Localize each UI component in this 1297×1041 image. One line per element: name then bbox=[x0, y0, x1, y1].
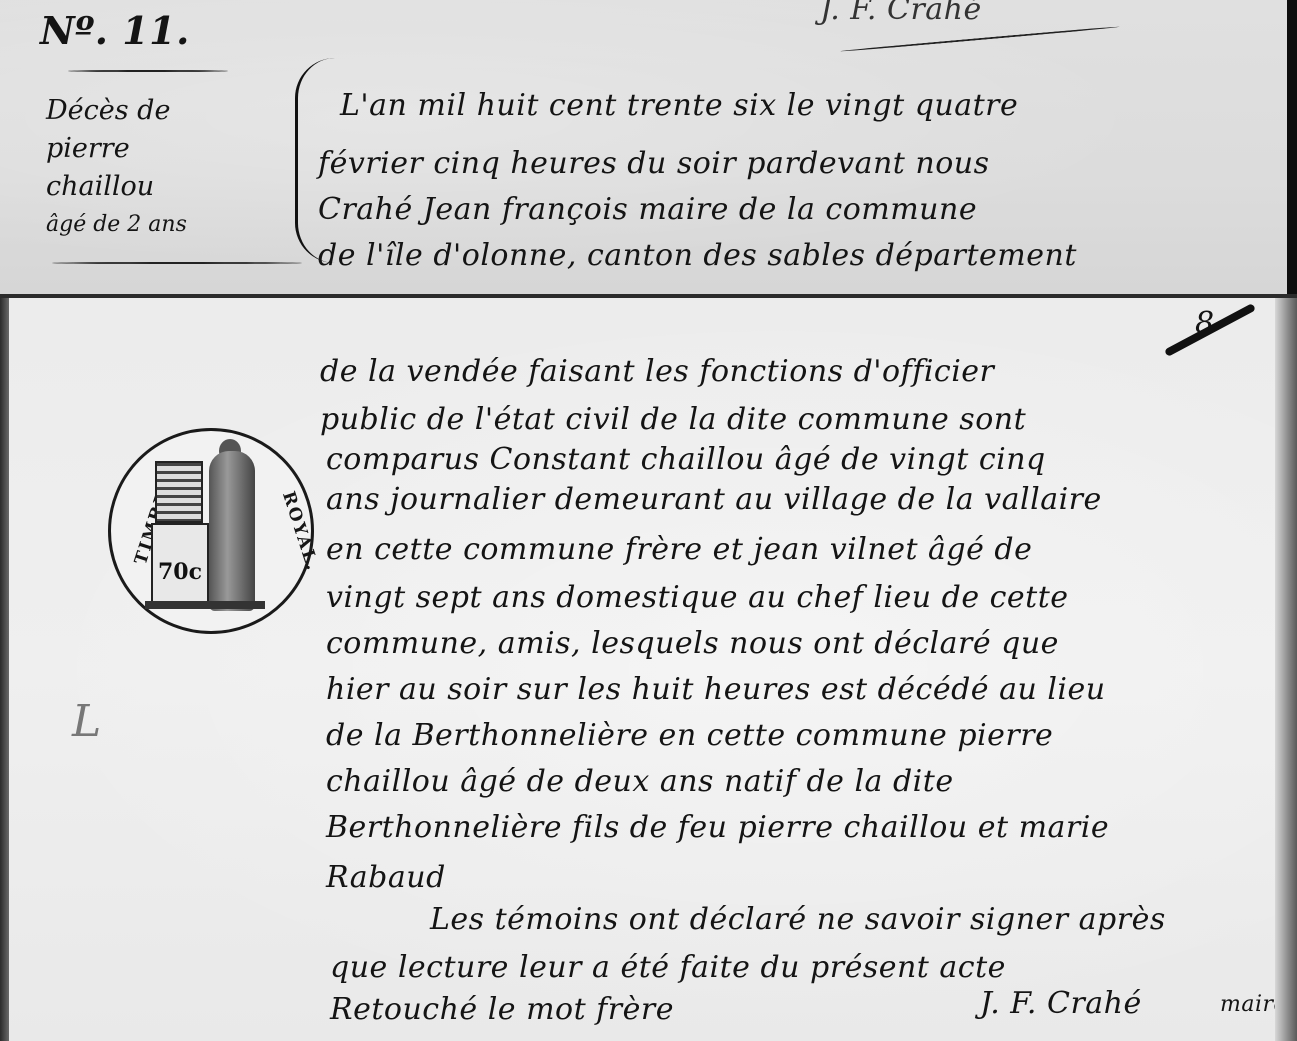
mayor-title: maire bbox=[1220, 992, 1287, 1017]
record-line: Rabaud bbox=[326, 860, 446, 895]
document-top-strip: Nº. 11. J. F. Crahé Décès de pierre chai… bbox=[0, 0, 1297, 294]
record-line: commune, amis, lesquels nous ont déclaré… bbox=[326, 626, 1059, 661]
margin-note-line: âgé de 2 ans bbox=[46, 206, 296, 244]
record-line: chaillou âgé de deux ans natif de la dit… bbox=[326, 764, 954, 799]
margin-note: Décès de pierre chaillou âgé de 2 ans bbox=[46, 92, 296, 244]
margin-flourish-top bbox=[68, 70, 228, 72]
mayor-signature: J. F. Crahé bbox=[980, 986, 1142, 1021]
record-line: février cinq heures du soir pardevant no… bbox=[318, 146, 989, 181]
record-line: hier au soir sur les huit heures est déc… bbox=[326, 672, 1106, 707]
record-line: Crahé Jean françois maire de la commune bbox=[318, 192, 977, 227]
record-line: comparus Constant chaillou âgé de vingt … bbox=[326, 442, 1046, 477]
margin-note-line: pierre bbox=[46, 130, 296, 168]
closing-line: Retouché le mot frère bbox=[330, 992, 674, 1027]
closing-line: que lecture leur a été faite du présent … bbox=[330, 950, 1006, 985]
margin-note-line: chaillou bbox=[46, 168, 296, 206]
closing-line: Les témoins ont déclaré ne savoir signer… bbox=[430, 902, 1166, 937]
document-bottom-strip: 8 TIMBRE ROYAL. 70c L de la vendée faisa… bbox=[0, 298, 1297, 1041]
royal-stamp: TIMBRE ROYAL. 70c bbox=[108, 428, 314, 634]
signature-underline bbox=[840, 26, 1119, 52]
stamp-value: 70c bbox=[158, 559, 202, 585]
record-line: L'an mil huit cent trente six le vingt q… bbox=[340, 88, 1018, 123]
stamp-text-royal: ROYAL. bbox=[278, 489, 323, 574]
previous-entry-signature: J. F. Crahé bbox=[820, 0, 982, 27]
record-line: Berthonnelière fils de feu pierre chaill… bbox=[326, 810, 1109, 845]
stamp-base-icon bbox=[145, 601, 265, 609]
stamp-tablet-icon bbox=[155, 461, 203, 523]
margin-flourish-bottom bbox=[52, 262, 302, 264]
entry-number: Nº. 11. bbox=[40, 8, 190, 53]
stamp-figure-icon bbox=[209, 451, 255, 611]
record-line: en cette commune frère et jean vilnet âg… bbox=[326, 532, 1032, 567]
record-line: ans journalier demeurant au village de l… bbox=[326, 482, 1102, 517]
record-line: de l'île d'olonne, canton des sables dép… bbox=[318, 238, 1077, 273]
record-line: de la vendée faisant les fonctions d'off… bbox=[320, 354, 994, 389]
margin-note-line: Décès de bbox=[46, 92, 296, 130]
record-line: public de l'état civil de la dite commun… bbox=[320, 402, 1026, 437]
record-line: de la Berthonnelière en cette commune pi… bbox=[326, 718, 1053, 753]
record-line: vingt sept ans domestique au chef lieu d… bbox=[326, 580, 1069, 615]
margin-mark: L bbox=[72, 696, 102, 747]
